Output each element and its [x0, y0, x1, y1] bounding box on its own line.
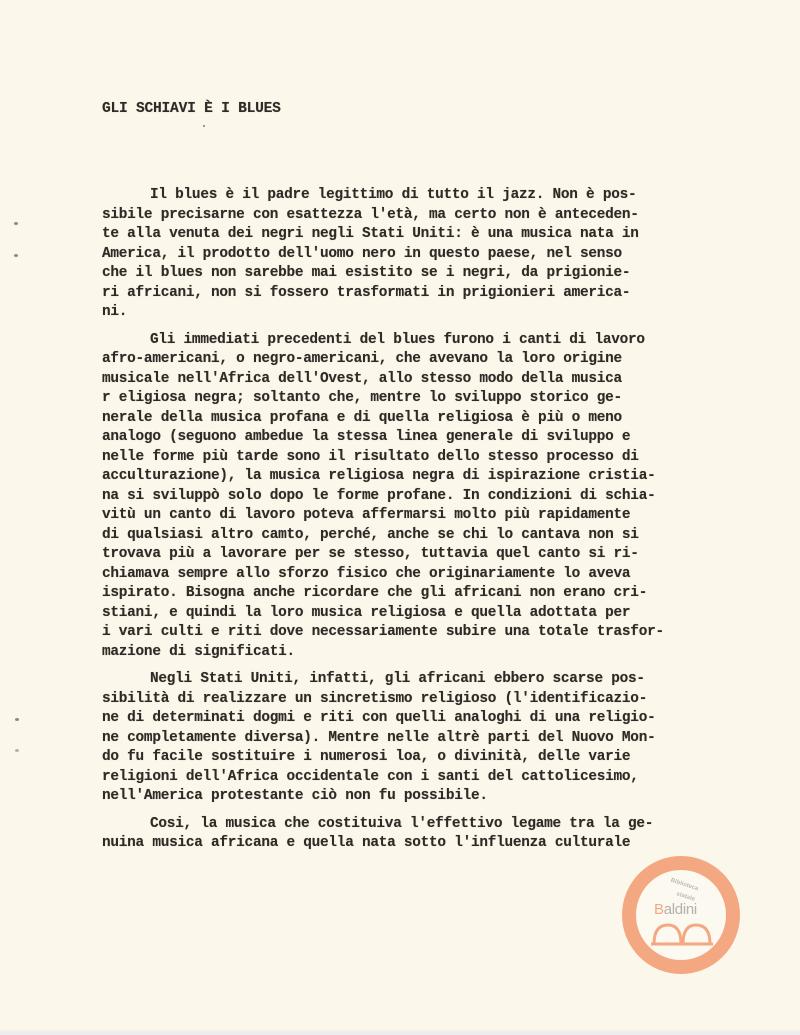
text-line: religioni dell'Africa occidentale con i …	[102, 768, 762, 788]
text-line: te alla venuta dei negri negli Stati Uni…	[102, 225, 762, 245]
text-line: analogo (seguono ambedue la stessa linea…	[102, 428, 762, 448]
text-line: America, il prodotto dell'uomo nero in q…	[102, 245, 762, 265]
document-body: Il blues è il padre legittimo di tutto i…	[102, 186, 762, 862]
text-line: ri africani, non si fossero trasformati …	[102, 284, 762, 304]
ink-speck	[203, 125, 205, 127]
paragraph-4: Cosi, la musica che costituiva l'effetti…	[102, 815, 762, 854]
text-line: Cosi, la musica che costituiva l'effetti…	[102, 815, 762, 835]
stamp-name: Baldini	[654, 901, 697, 918]
punch-hole-mark	[14, 222, 18, 225]
stamp-name-rest: aldini	[664, 901, 697, 918]
text-line: stiani, e quindi la loro musica religios…	[102, 604, 762, 624]
text-line: r eligiosa negra; soltanto che, mentre l…	[102, 389, 762, 409]
text-line: che il blues non sarebbe mai esistito se…	[102, 264, 762, 284]
paragraph-2: Gli immediati precedenti del blues furon…	[102, 331, 762, 663]
text-line: Gli immediati precedenti del blues furon…	[102, 331, 762, 351]
text-line: ispirato. Bisogna anche ricordare che gl…	[102, 584, 762, 604]
document-title: GLI SCHIAVI È I BLUES	[102, 101, 281, 117]
paragraph-1: Il blues è il padre legittimo di tutto i…	[102, 186, 762, 323]
stamp-name-initial: B	[654, 901, 664, 918]
text-line: sibilità di realizzare un sincretismo re…	[102, 690, 762, 710]
text-line: trovava più a lavorare per se stesso, tu…	[102, 545, 762, 565]
text-line: nuina musica africana e quella nata sott…	[102, 834, 762, 854]
punch-hole-mark	[15, 749, 19, 752]
text-line: acculturazione), la musica religiosa neg…	[102, 467, 762, 487]
paragraph-3: Negli Stati Uniti, infatti, gli africani…	[102, 670, 762, 807]
text-line: ne di determinati dogmi e riti con quell…	[102, 709, 762, 729]
library-stamp-logo: Biblioteca statale Baldini	[622, 856, 740, 974]
text-line: afro-americani, o negro-americani, che a…	[102, 350, 762, 370]
text-line: chiamava sempre allo sforzo fisico che o…	[102, 565, 762, 585]
text-line: ne completamente diversa). Mentre nelle …	[102, 729, 762, 749]
text-line: musicale nell'Africa dell'Ovest, allo st…	[102, 370, 762, 390]
page-bottom-edge	[0, 1030, 800, 1035]
text-line: Il blues è il padre legittimo di tutto i…	[102, 186, 762, 206]
text-line: nerale della musica profana e di quella …	[102, 409, 762, 429]
text-line: nell'America protestante ciò non fu poss…	[102, 787, 762, 807]
text-line: na si sviluppò solo dopo le forme profan…	[102, 487, 762, 507]
punch-hole-mark	[14, 254, 18, 257]
text-line: do fu facile sostituire i numerosi loa, …	[102, 748, 762, 768]
text-line: mazione di significati.	[102, 643, 762, 663]
text-line: ni.	[102, 303, 762, 323]
text-line: vitù un canto di lavoro poteva affermars…	[102, 506, 762, 526]
typewritten-page: GLI SCHIAVI È I BLUES Il blues è il padr…	[0, 0, 800, 1035]
stamp-line-1: Biblioteca	[670, 878, 699, 893]
text-line: di qualsiasi altro camto, perché, anche …	[102, 526, 762, 546]
open-book-icon	[650, 922, 714, 946]
text-line: sibile precisarne con esattezza l'età, m…	[102, 206, 762, 226]
text-line: Negli Stati Uniti, infatti, gli africani…	[102, 670, 762, 690]
punch-hole-mark	[15, 718, 19, 721]
text-line: i vari culti e riti dove necessariamente…	[102, 623, 762, 643]
text-line: nelle forme più tarde sono il risultato …	[102, 448, 762, 468]
